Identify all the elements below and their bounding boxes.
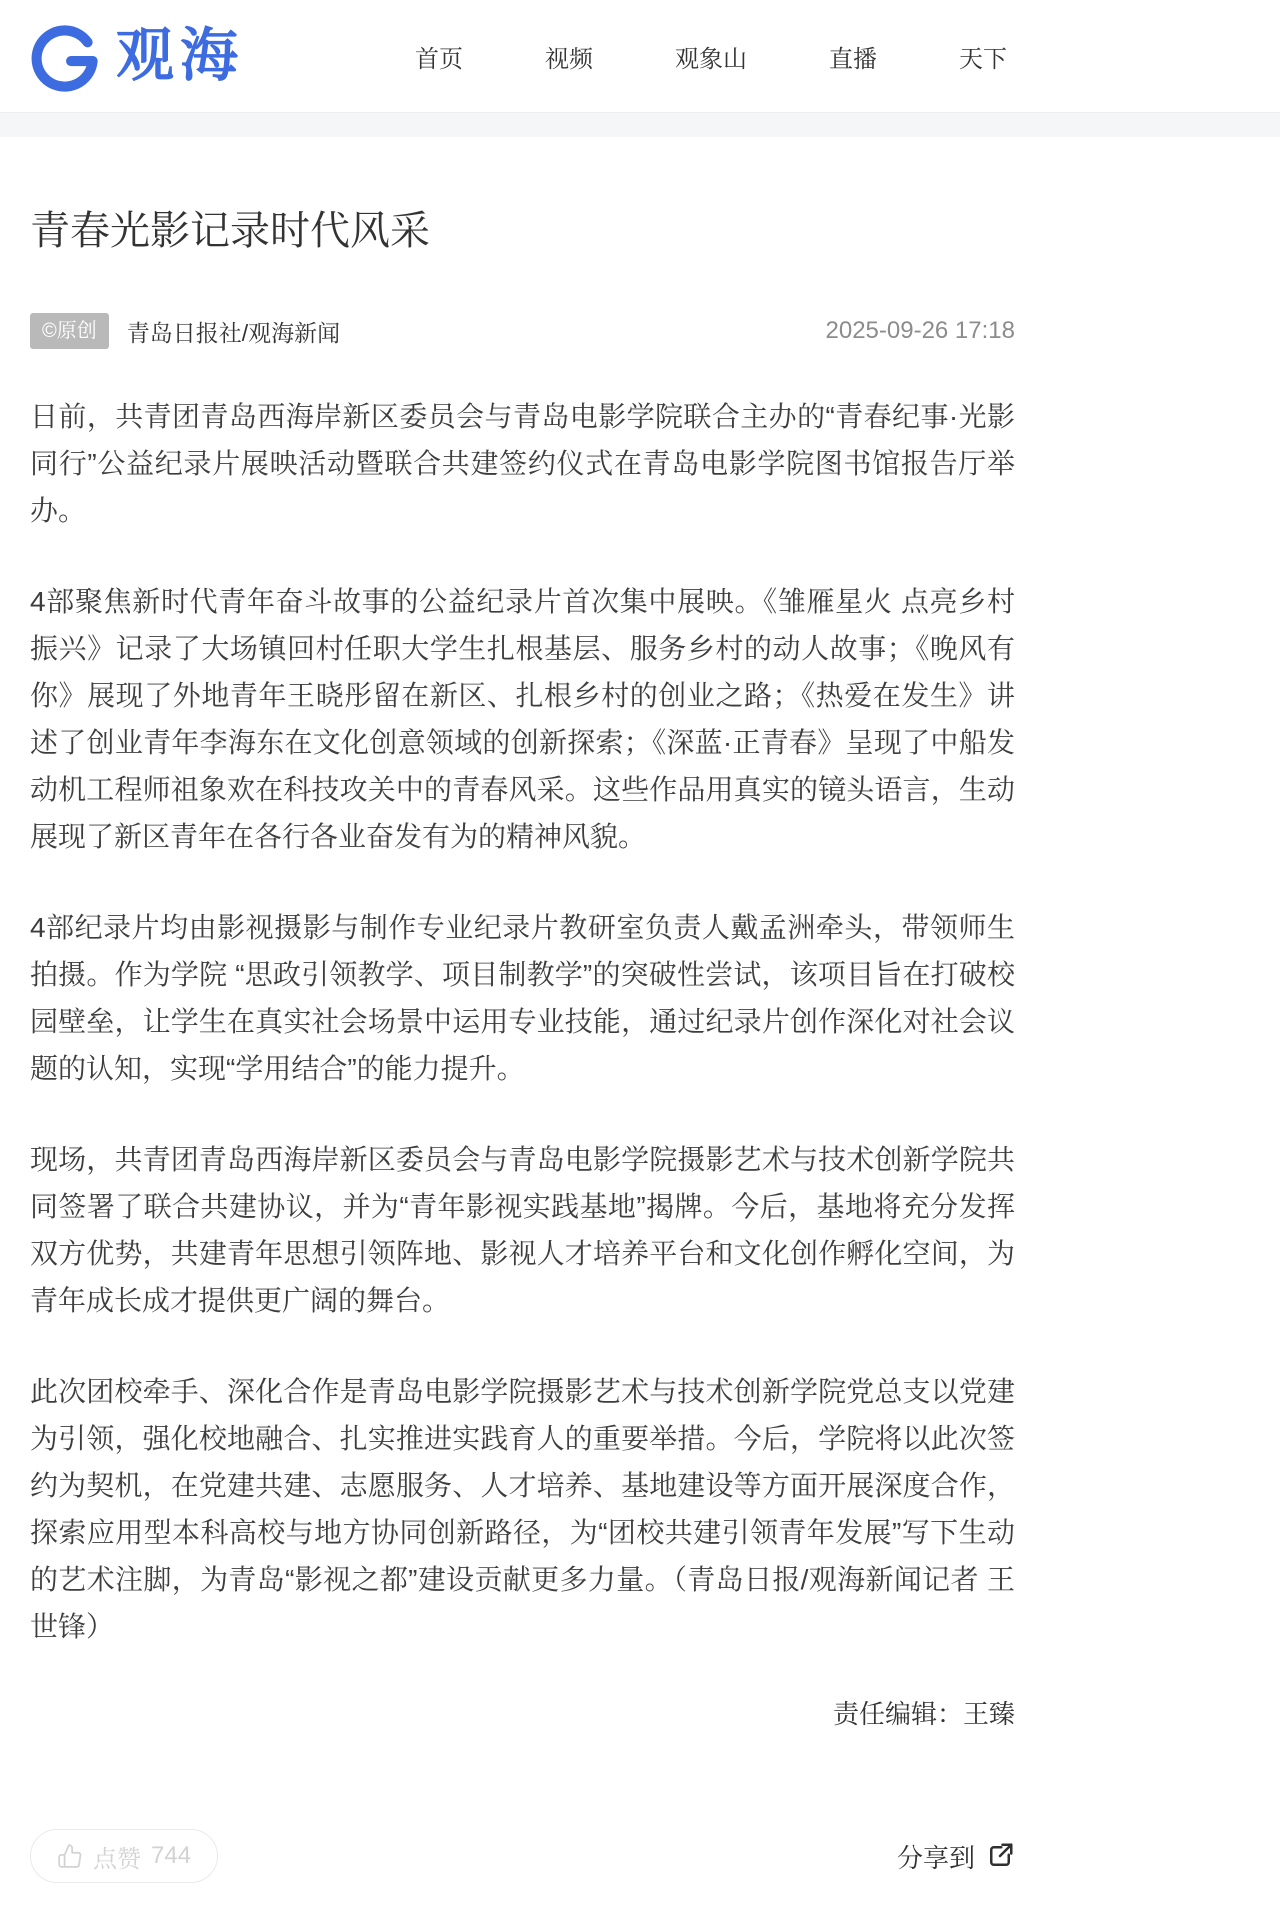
article-paragraph-1: 日前，共青团青岛西海岸新区委员会与青岛电影学院联合主办的“青春纪事·光影同行”公…: [30, 393, 1015, 534]
logo-wordmark: 观海: [116, 27, 244, 85]
site-logo[interactable]: 观海: [30, 0, 244, 112]
article-body: 日前，共青团青岛西海岸新区委员会与青岛电影学院联合主办的“青春纪事·光影同行”公…: [30, 393, 1015, 1650]
editor-line: 责任编辑：王臻: [30, 1694, 1015, 1731]
article-paragraph-2: 4部聚焦新时代青年奋斗故事的公益纪录片首次集中展映。《雏雁星火 点亮乡村振兴》记…: [30, 578, 1015, 860]
article-paragraph-4: 现场，共青团青岛西海岸新区委员会与青岛电影学院摄影艺术与技术创新学院共同签署了联…: [30, 1136, 1015, 1324]
like-label: 点赞: [93, 1839, 141, 1874]
article-footer: 点赞 744 分享到: [30, 1829, 1015, 1883]
like-count: 744: [151, 1842, 191, 1870]
nav-item-world[interactable]: 天下: [959, 39, 1007, 74]
byline: ©原创 青岛日报社/观海新闻 2025-09-26 17:18: [30, 313, 1015, 349]
article-datetime: 2025-09-26 17:18: [826, 317, 1016, 345]
share-control[interactable]: 分享到: [897, 1838, 1015, 1875]
article-page: 青春光影记录时代风采 ©原创 青岛日报社/观海新闻 2025-09-26 17:…: [0, 207, 1045, 1883]
original-badge: ©原创: [30, 313, 109, 349]
share-icon: [985, 1841, 1015, 1871]
article-paragraph-5: 此次团校牵手、深化合作是青岛电影学院摄影艺术与技术创新学院党总支以党建为引领，强…: [30, 1368, 1015, 1650]
logo-g-icon: [30, 20, 102, 92]
nav-item-guanxiangshan[interactable]: 观象山: [675, 39, 747, 74]
nav-item-live[interactable]: 直播: [829, 39, 877, 74]
main-nav: 首页 视频 观象山 直播 天下: [415, 0, 1007, 112]
share-label: 分享到: [897, 1838, 975, 1875]
header-divider: [0, 113, 1280, 137]
nav-item-video[interactable]: 视频: [545, 39, 593, 74]
site-header: 观海 首页 视频 观象山 直播 天下: [0, 0, 1280, 113]
thumbs-up-icon: [57, 1843, 83, 1869]
article-title: 青春光影记录时代风采: [30, 207, 1015, 255]
article-source: 青岛日报社/观海新闻: [127, 315, 340, 348]
article-paragraph-3: 4部纪录片均由影视摄影与制作专业纪录片教研室负责人戴孟洲牵头，带领师生拍摄。作为…: [30, 904, 1015, 1092]
like-button[interactable]: 点赞 744: [30, 1829, 218, 1883]
nav-item-home[interactable]: 首页: [415, 39, 463, 74]
